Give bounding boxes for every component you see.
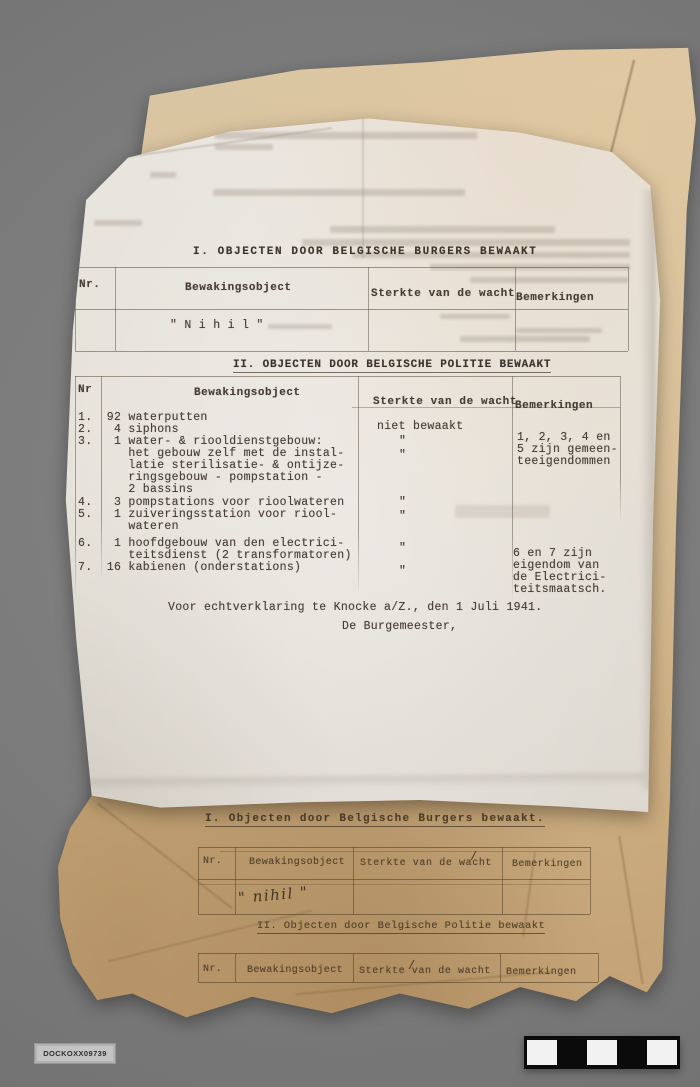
signature-line: De Burgemeester, [342, 621, 457, 633]
table-border-line [620, 376, 621, 521]
table-border-line [75, 267, 628, 268]
ghost-text-smudge [330, 226, 555, 233]
scale-square [647, 1040, 677, 1065]
ghost-text-smudge [302, 239, 630, 246]
ghost-text-smudge [440, 314, 510, 319]
heading-police-text: II. OBJECTEN DOOR BELGISCHE POLITIE BEWA… [233, 359, 551, 373]
archive-label: DOCKOXX09739 [34, 1043, 116, 1064]
ghost-text-smudge [150, 172, 176, 178]
scale-square [587, 1040, 617, 1065]
table-border-line [515, 267, 516, 351]
remark-line: teeigendommen [517, 456, 611, 468]
col2-header-nr: Nr [78, 384, 92, 396]
scale-square [527, 1040, 557, 1065]
col-header-remarks: Bemerkingen [516, 292, 594, 304]
ditto-mark: " [399, 566, 406, 578]
ghost-text-smudge [398, 72, 510, 79]
table-border-line [75, 309, 628, 310]
ghost-text-smudge [94, 220, 142, 226]
table-border-line [628, 267, 629, 351]
object-row-line: 7. 16 kabienen (onderstations) [78, 562, 301, 574]
table-border-line [368, 267, 369, 351]
ghost-text-smudge [460, 336, 590, 342]
col-header-object: Bewakingsobject [185, 282, 292, 294]
crease-line [362, 118, 364, 258]
scale-square [557, 1040, 587, 1065]
ghost-text-smudge [516, 328, 602, 333]
guard-status: niet bewaakt [377, 421, 463, 433]
pen-mark [85, 94, 91, 130]
crease-line [640, 190, 656, 790]
ditto-mark: " [399, 511, 406, 523]
col2-header-object: Bewakingsobject [194, 387, 301, 399]
photographed-document: I. Objecten door Belgische Burgers bewaa… [0, 0, 700, 1087]
table-border-line [75, 376, 76, 601]
ghost-text-smudge [215, 144, 273, 150]
ditto-mark: " [399, 497, 406, 509]
ditto-mark: " [399, 543, 406, 555]
table-border-line [75, 351, 628, 352]
attestation-line: Voor echtverklaring te Knocke a/Z., den … [168, 602, 542, 614]
scale-square [617, 1040, 647, 1065]
remark-line: teitsmaatsch. [513, 584, 607, 596]
top-sheet-shadow: I. OBJECTEN DOOR BELGISCHE BURGERS BEWAA… [0, 0, 700, 1087]
ghost-text-smudge [268, 324, 332, 329]
ditto-mark: " [399, 436, 406, 448]
ghost-text-smudge [215, 132, 477, 139]
heading-citizens: I. OBJECTEN DOOR BELGISCHE BURGERS BEWAA… [193, 246, 537, 258]
ghost-text-smudge [470, 277, 628, 283]
paper-sheet-top: I. OBJECTEN DOOR BELGISCHE BURGERS BEWAA… [0, 0, 700, 1087]
table-border-line [75, 376, 620, 377]
object-row-line: wateren [78, 521, 179, 533]
crease-line [70, 773, 645, 791]
nihil-entry: " N i h i l " [170, 320, 264, 332]
rust-stain [594, 71, 601, 78]
ghost-text-smudge [455, 505, 550, 518]
col2-header-remarks: Bemerkingen [515, 400, 593, 412]
heading-police: II. OBJECTEN DOOR BELGISCHE POLITIE BEWA… [233, 359, 551, 371]
object-row-line: 2 bassins [78, 484, 193, 496]
col2-header-strength: Sterkte van de wacht [373, 396, 517, 408]
table-border-line [115, 267, 116, 351]
archive-label-text: DOCKOXX09739 [43, 1049, 107, 1058]
col-header-strength: Sterkte van de wacht [371, 288, 515, 300]
table-border-line [358, 376, 359, 596]
col-header-nr: Nr. [79, 279, 100, 291]
ghost-text-smudge [213, 189, 465, 196]
table-border-line [75, 267, 76, 351]
ditto-mark: " [399, 450, 406, 462]
photo-scale-bar [524, 1036, 680, 1069]
